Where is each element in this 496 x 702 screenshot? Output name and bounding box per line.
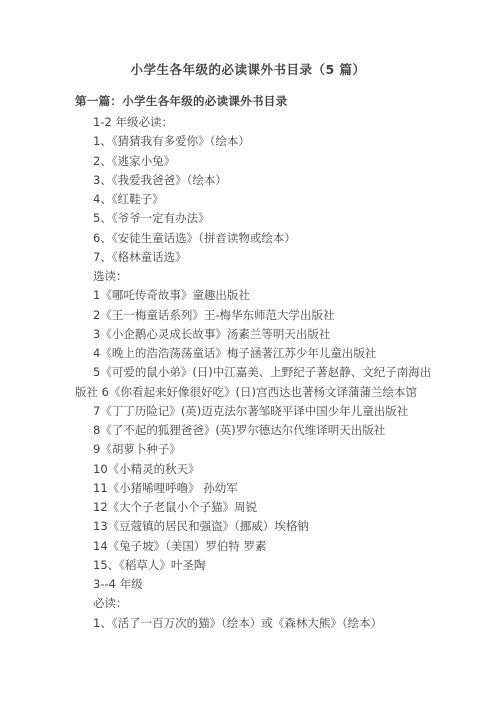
body-paragraph: 1《哪吒传奇故事》童趣出版社 — [75, 286, 432, 305]
body-paragraph: 选读： — [75, 267, 432, 286]
body-paragraph: 3、《我爱我爸爸》（绘本） — [75, 171, 432, 190]
body-paragraph: 4、《红鞋子》 — [75, 190, 432, 209]
body-paragraph: 5、《爷爷一定有办法》 — [75, 209, 432, 228]
body-paragraph: 1-2 年级必读： — [75, 113, 432, 132]
body-paragraph: 11《小猪唏哩呼噜》 孙幼军 — [75, 479, 432, 498]
body-paragraph: 12《大个子老鼠小个子猫》周锐 — [75, 498, 432, 517]
body-paragraph: 10《小精灵的秋天》 — [75, 460, 432, 479]
body-paragraph: 6、《安徒生童话选》（拼音读物或绘本） — [75, 229, 432, 248]
body-paragraph: 14《兔子坡》（美国）罗伯特 罗素 — [75, 537, 432, 556]
document-page: 小学生各年级的必读课外书目录（5 篇） 第一篇：小学生各年级的必读课外书目录 1… — [0, 0, 496, 702]
body-paragraph: 9《胡萝卜种子》 — [75, 440, 432, 459]
body-paragraph: 3《小企鹅心灵成长故事》汤素兰等明天出版社 — [75, 325, 432, 344]
body-paragraph: 1、《猜猜我有多爱你》（绘本） — [75, 132, 432, 151]
body-paragraph: 必读： — [75, 594, 432, 613]
body-paragraph: 7、《格林童话选》 — [75, 248, 432, 267]
body-paragraph: 2、《逃家小兔》 — [75, 152, 432, 171]
body-paragraph: 5《可爱的鼠小弟》(日)中江嘉美、上野纪子著赵静、文纪子南海出版社 6《你看起来… — [75, 363, 432, 402]
document-body: 1-2 年级必读：1、《猜猜我有多爱你》（绘本）2、《逃家小兔》3、《我爱我爸爸… — [75, 113, 432, 633]
body-paragraph: 2《王一梅童话系列》王-梅华东师范大学出版社 — [75, 306, 432, 325]
body-paragraph: 15、《稻草人》叶圣陶 — [75, 556, 432, 575]
body-paragraph: 4《晚上的浩浩荡荡童话》梅子涵著江苏少年儿童出版社 — [75, 344, 432, 363]
body-paragraph: 7《丁丁历险记》(英)迈克法尔著邹晓平译中国少年儿童出版社 — [75, 402, 432, 421]
body-paragraph: 8《了不起的狐狸爸爸》(英)罗尔德达尔代维译明天出版社 — [75, 421, 432, 440]
body-paragraph: 13《豆蔻镇的居民和强盗》（挪威）埃格钠 — [75, 517, 432, 536]
section-heading: 第一篇：小学生各年级的必读课外书目录 — [75, 92, 456, 110]
body-paragraph: 3--4 年级 — [75, 575, 432, 594]
document-title: 小学生各年级的必读课外书目录（5 篇） — [0, 0, 496, 79]
body-paragraph: 1、《活了一百万次的猫》（绘本）或《森林大熊》（绘本） — [75, 614, 432, 633]
